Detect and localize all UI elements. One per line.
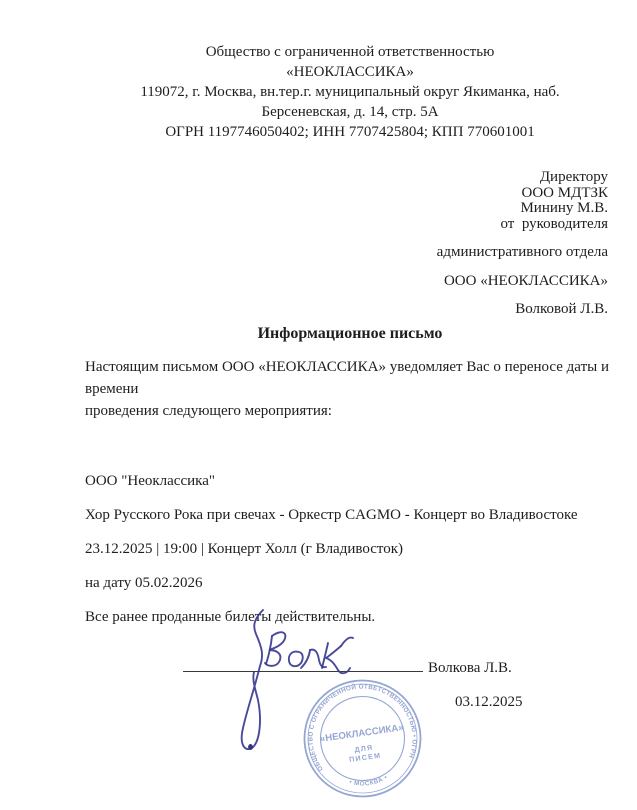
recipient-line: ООО «НЕОКЛАССИКА»	[85, 274, 608, 290]
recipient-line: ООО МДТЗК	[85, 186, 608, 202]
letter-page: Общество с ограниченной ответственностью…	[0, 0, 637, 810]
event-title: Хор Русского Рока при свечах - Оркестр C…	[85, 507, 615, 523]
intro-line: Настоящим письмом ООО «НЕОКЛАССИКА» увед…	[85, 356, 615, 400]
letter-title: Информационное письмо	[85, 324, 615, 344]
recipient-line: от руководителя	[85, 217, 608, 233]
letterhead-line: Общество с ограниченной ответственностью	[85, 42, 615, 62]
event-organizer: ООО "Неоклассика"	[85, 473, 615, 489]
svg-text:• МОСКВА •: • МОСКВА •	[348, 773, 390, 790]
event-new-date: на дату 05.02.2026	[85, 575, 615, 591]
letterhead-registration-line: ОГРН 1197746050402; ИНН 7707425804; КПП …	[85, 122, 615, 142]
stamp-bottom-text: • МОСКВА •	[348, 773, 390, 790]
intro-line: проведения следующего мероприятия:	[85, 400, 615, 422]
company-stamp: ОБЩЕСТВО С ОГРАНИЧЕННОЙ ОТВЕТСТВЕННОСТЬЮ…	[300, 676, 425, 801]
stamp-purpose-line: ПИСЕМ	[349, 751, 382, 764]
recipient-line: Волковой Л.В.	[85, 302, 608, 318]
company-name: «НЕОКЛАССИКА»	[85, 62, 615, 82]
recipient-line: Минину М.В.	[85, 201, 608, 217]
stamp-center-name: «НЕОКЛАССИКА»	[319, 722, 404, 745]
recipient-line: административного отдела	[85, 245, 608, 261]
letterhead-address-line: Берсеневская, д. 14, стр. 5А	[85, 102, 615, 122]
recipient-line: Директору	[85, 170, 608, 186]
letterhead: Общество с ограниченной ответственностью…	[85, 42, 615, 142]
event-datetime-venue: 23.12.2025 | 19:00 | Концерт Холл (г Вла…	[85, 541, 615, 557]
intro-paragraph: Настоящим письмом ООО «НЕОКЛАССИКА» увед…	[85, 356, 615, 422]
recipient-block: Директору ООО МДТЗК Минину М.В. от руков…	[85, 170, 615, 318]
letter-content: Общество с ограниченной ответственностью…	[85, 0, 615, 643]
letterhead-address-line: 119072, г. Москва, вн.тер.г. муниципальн…	[85, 82, 615, 102]
